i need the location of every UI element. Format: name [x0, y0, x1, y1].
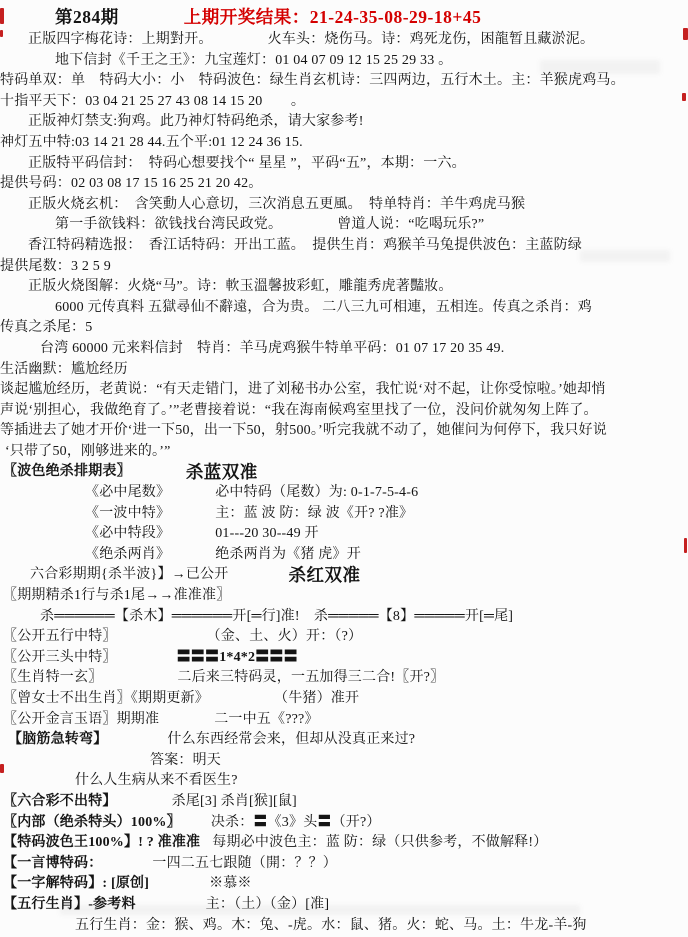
text-segment: 台湾 60000 元来料信封 特肖：羊马虎鸡猴牛特单平码：01 07 17 20… — [40, 339, 504, 360]
joke-line-3: 等插进去了她才开价‘进一下50，出一下50，射500。’听完我就不动了，她催问为… — [0, 421, 688, 442]
joke-line-1: 谈起尴尬经历，老黄说：“有天走错门，进了刘秘书办公室，我忙说‘对不起，让你受惊啦… — [0, 380, 688, 401]
shamu-line: 杀══════【杀木】══════开[═行]准! 杀═════【8】═════开… — [0, 607, 688, 628]
issue-number: 第284期 — [55, 5, 119, 29]
dixia-xinfeng-line: 地下信封《千王之王》：九宝莲灯：01 04 07 09 12 15 25 29 … — [0, 51, 688, 72]
juesha-liangxiao-line: 《绝杀两肖》绝杀两肖为《猪 虎》开 — [0, 545, 688, 566]
scan-artifact — [682, 93, 686, 101]
tema-danshuang-line: 特码单双：单 特码大小：小 特码波色：绿生肖玄机诗：三四两边，五行木土。主：羊猴… — [0, 71, 688, 92]
text-segment: 正版火烧图解：火烧“马”。诗：軟玉溫馨披彩虹，雕龍秀虎著豔妝。 — [28, 277, 453, 298]
scan-artifact — [684, 538, 687, 553]
meihua-poem-line: 正版四字梅花诗：上期對开。火车头：烧伤马。诗：鸡死龙伤，困龍暂且藏淤泥。 — [0, 30, 688, 51]
text-segment: 神灯五中特:03 14 21 28 44.五个平:01 12 24 36 15. — [0, 133, 303, 154]
text-segment: 〖六合彩不出特】 — [3, 792, 117, 813]
text-segment: 主：蓝 波 防：绿 波《开? ?准》 — [215, 504, 413, 525]
text-segment: 火车头：烧伤马。诗：鸡死龙伤，困龍暂且藏淤泥。 — [268, 30, 595, 51]
text-segment: 6000 元传真料 五獄尋仙不辭遠，合为贵。 二八三九可相連，五相连。传真之杀肖… — [55, 298, 592, 319]
jinyan-yuyu-line: 〖公开金言玉语〗期期准二一中五《???》 — [0, 710, 688, 731]
text-segment: 杀尾[3] 杀肖[猴][鼠] — [172, 792, 297, 813]
shenghuo-youmo-line: 生活幽默：尴尬经历 — [0, 360, 688, 381]
yizi-jie-tema-line: 【一字解特码】: [原创]※慕※ — [0, 874, 688, 895]
shendeng-wuzhongte-line: 神灯五中特:03 14 21 28 44.五个平:01 12 24 36 15. — [0, 133, 688, 154]
text-segment: 每期必中波色主：蓝 防：绿（只供参考，不做解释!） — [212, 833, 547, 854]
gongkai-santou-line: 〖公开三头中特〗〓〓〓1*4*2〓〓〓 — [0, 648, 688, 669]
scan-artifact — [683, 28, 688, 40]
text-segment: 等插进去了她才开价‘进一下50，出一下50，射500。’听完我就不动了，她催问为… — [0, 421, 607, 442]
wuxing-shengxiao-line: 五行生肖：金：猴、鸡。木：兔、-虎。水：鼠、猪。火：蛇、马。土：牛龙-羊-狗 — [0, 916, 688, 937]
last-draw-result: 上期开奖结果：21-24-35-08-29-18+45 — [184, 5, 482, 29]
text-segment: 杀蓝双准 — [186, 462, 258, 483]
text-segment: 【一字解特码】: [原创] — [3, 874, 149, 895]
text-segment: 《一波中特》 — [85, 504, 170, 525]
text-segment: 〓〓〓1*4*2〓〓〓 — [177, 648, 298, 669]
text-segment: 曾道人说：“吃喝玩乐?” — [337, 215, 484, 236]
text-segment: 特码单双：单 特码大小：小 特码波色：绿生肖玄机诗：三四两边，五行木土。主：羊猴… — [0, 71, 625, 92]
sha-banbo-line: 六合彩期期{杀半波}】→已公开杀红双准 — [0, 565, 688, 586]
text-segment: 正版神灯禁支:狗鸡。此乃神灯特码绝杀，请大家参考! — [28, 112, 364, 133]
teping-xinfeng-line: 正版特平码信封： 特码心想要找个“ 星星 ”，平码“五”，本期：一六。 — [0, 154, 688, 175]
chuanzhen-shawei-line: 传真之杀尾：5 — [0, 318, 688, 339]
joke-line-2: 声说‘别担心，我做绝育了。’”老曹接着说：“我在海南候鸡室里找了一位，没问价就匆… — [0, 401, 688, 422]
text-segment: 生活幽默：尴尬经历 — [0, 360, 128, 381]
text-segment: （金、土、火）开：（?） — [207, 627, 363, 648]
text-segment: 【一言博特码： — [3, 854, 102, 875]
shengxiao-teyixuan-line: 〖生肖特一玄〗二后来三特码灵，一五加得三二合!〖开?〗 — [0, 668, 688, 689]
text-segment: 传真之杀尾：5 — [0, 318, 92, 339]
text-segment: 【特码波色王100%】! ? 准准准 — [3, 833, 200, 854]
gongkai-wuxing-line: 〖公开五行中特〗（金、土、火）开：（?） — [0, 627, 688, 648]
text-segment: 二一中五《???》 — [214, 710, 318, 731]
bizhong-weishu-line: 《必中尾数》必中特码（尾数）为: 0-1-7-5-4-6 — [0, 483, 688, 504]
text-segment: 〖公开金言玉语〗期期准 — [3, 710, 159, 731]
text-segment: 六合彩期期{杀半波}】→已公开 — [30, 565, 228, 586]
yibo-zhongte-line: 《一波中特》主：蓝 波 防：绿 波《开? ?准》 — [0, 504, 688, 525]
text-segment: 提供号码：02 03 08 17 15 16 25 21 20 42。 — [0, 174, 263, 195]
qiqi-jingsha-line: 〖期期精杀1行与杀1尾→→准准准〗 — [0, 586, 688, 607]
answer-line: 答案：明天 — [0, 751, 688, 772]
text-segment: 第一手欲钱料：欲钱找台湾民政党。 — [55, 215, 282, 236]
wuxing-shengxiao-header: 【五行生肖】-参考料主：（土）（金）[准] — [0, 895, 688, 916]
scan-artifact — [0, 764, 4, 773]
taiwan-xinfeng-line: 台湾 60000 元来料信封 特肖：羊马虎鸡猴牛特单平码：01 07 17 20… — [0, 339, 688, 360]
chuanzhen-liao-line: 6000 元传真料 五獄尋仙不辭遠，合为贵。 二八三九可相連，五相连。传真之杀肖… — [0, 298, 688, 319]
joke-line-4: ‘只带了50，刚够进来的。’” — [0, 442, 688, 463]
text-segment: 杀══════【杀木】══════开[═行]准! 杀═════【8】═════开… — [40, 607, 513, 628]
text-segment: 五行生肖：金：猴、鸡。木：兔、-虎。水：鼠、猪。火：蛇、马。土：牛龙-羊-狗 — [75, 916, 587, 937]
text-segment: 什么人生病从来不看医生? — [75, 771, 238, 792]
text-segment: （牛猪）准开 — [274, 689, 359, 710]
header-line: 第284期上期开奖结果：21-24-35-08-29-18+45 — [0, 5, 688, 29]
text-segment: 〖公开三头中特〗 — [3, 648, 117, 669]
text-segment: 《绝杀两肖》 — [85, 545, 170, 566]
text-segment: 《必中尾数》 — [85, 483, 170, 504]
neibu-juesha-line: 〖内部（绝杀特头）100%〗决杀：〓《3》头〓（开?） — [0, 813, 688, 834]
text-segment: 【脑筋急转弯】 — [8, 730, 107, 751]
text-segment: ‘只带了50，刚够进来的。’” — [5, 442, 171, 463]
document-body: 第284期上期开奖结果：21-24-35-08-29-18+45正版四字梅花诗：… — [0, 0, 688, 936]
yuqianliao-line: 第一手欲钱料：欲钱找台湾民政党。曾道人说：“吃喝玩乐?” — [0, 215, 688, 236]
text-segment: 01---20 30--49 开 — [215, 524, 319, 545]
text-segment: 香江特码精选报： 香江话特码：开出工蓝。 提供生肖：鸡猴羊马兔提供波色：主蓝防绿 — [28, 236, 582, 257]
text-segment: 必中特码（尾数）为: 0-1-7-5-4-6 — [215, 483, 418, 504]
text-segment: 答案：明天 — [150, 751, 221, 772]
text-segment: ※慕※ — [209, 874, 252, 895]
riddle-line: 什么人生病从来不看医生? — [0, 771, 688, 792]
bizhong-teduan-line: 《必中特段》01---20 30--49 开 — [0, 524, 688, 545]
text-segment: 提供尾数：3 2 5 9 — [0, 257, 111, 278]
bose-juesha-header: 〖波色绝杀排期表〗杀蓝双准 — [0, 462, 688, 483]
scan-artifact — [0, 8, 4, 24]
text-segment: 十指平天下：03 04 21 25 27 43 08 14 15 20 。 — [0, 92, 305, 113]
text-segment: 什么东西经常会来，但却从没真正来过? — [167, 730, 415, 751]
text-segment: 〖波色绝杀排期表〗 — [3, 462, 131, 483]
huoshao-xuanji-line: 正版火烧玄机： 含笑動人心意切，三次消息五更風。 特单特肖：羊牛鸡虎马猴 — [0, 195, 688, 216]
scan-artifact — [0, 30, 3, 37]
bose-wang-line: 【特码波色王100%】! ? 准准准每期必中波色主：蓝 防：绿（只供参考，不做解… — [0, 833, 688, 854]
buchute-line: 〖六合彩不出特】杀尾[3] 杀肖[猴][鼠] — [0, 792, 688, 813]
text-segment: 绝杀两肖为《猪 虎》开 — [215, 545, 361, 566]
shendeng-jinzhi-line: 正版神灯禁支:狗鸡。此乃神灯特码绝杀，请大家参考! — [0, 112, 688, 133]
text-segment: 一四二五七跟随（開：？？） — [152, 854, 337, 875]
text-segment: 决杀：〓《3》头〓（开?） — [211, 813, 381, 834]
text-segment: 杀红双准 — [288, 565, 360, 586]
text-segment: 〖生肖特一玄〗 — [3, 668, 102, 689]
text-segment: 地下信封《千王之王》：九宝莲灯：01 04 07 09 12 15 25 29 … — [55, 51, 452, 72]
text-segment: 〖期期精杀1行与杀1尾→→准准准〗 — [3, 586, 230, 607]
text-segment: 二后来三特码灵，一五加得三二合!〖开?〗 — [177, 668, 444, 689]
text-segment: 〖曾女士不出生肖〗《期期更新》 — [3, 689, 209, 710]
text-segment: 正版特平码信封： 特码心想要找个“ 星星 ”，平码“五”，本期：一六。 — [28, 154, 466, 175]
text-segment: 主：（土）（金）[准] — [206, 895, 330, 916]
tigong-weishu-line: 提供尾数：3 2 5 9 — [0, 257, 688, 278]
text-segment: 正版火烧玄机： 含笑動人心意切，三次消息五更風。 特单特肖：羊牛鸡虎马猴 — [28, 195, 525, 216]
tigong-haoma-line: 提供号码：02 03 08 17 15 16 25 21 20 42。 — [0, 174, 688, 195]
naojin-jizhuanwan-line: 【脑筋急转弯】什么东西经常会来，但却从没真正来过? — [0, 730, 688, 751]
text-segment: 〖公开五行中特〗 — [3, 627, 117, 648]
yiyan-bo-tema-line: 【一言博特码：一四二五七跟随（開：？？） — [0, 854, 688, 875]
huoshao-tujie-line: 正版火烧图解：火烧“马”。诗：軟玉溫馨披彩虹，雕龍秀虎著豔妝。 — [0, 277, 688, 298]
text-segment: 《必中特段》 — [85, 524, 170, 545]
shizhi-pingtianxia-line: 十指平天下：03 04 21 25 27 43 08 14 15 20 。 — [0, 92, 688, 113]
text-segment: 正版四字梅花诗：上期對开。 — [28, 30, 213, 51]
xiangjiang-line: 香江特码精选报： 香江话特码：开出工蓝。 提供生肖：鸡猴羊马兔提供波色：主蓝防绿 — [0, 236, 688, 257]
zengnvshi-line: 〖曾女士不出生肖〗《期期更新》（牛猪）准开 — [0, 689, 688, 710]
text-segment: 【五行生肖】-参考料 — [3, 895, 136, 916]
text-segment: 〖内部（绝杀特头）100%〗 — [3, 813, 181, 834]
text-segment: 声说‘别担心，我做绝育了。’”老曹接着说：“我在海南候鸡室里找了一位，没问价就匆… — [0, 401, 598, 422]
text-segment: 谈起尴尬经历，老黄说：“有天走错门，进了刘秘书办公室，我忙说‘对不起，让你受惊啦… — [0, 380, 606, 401]
